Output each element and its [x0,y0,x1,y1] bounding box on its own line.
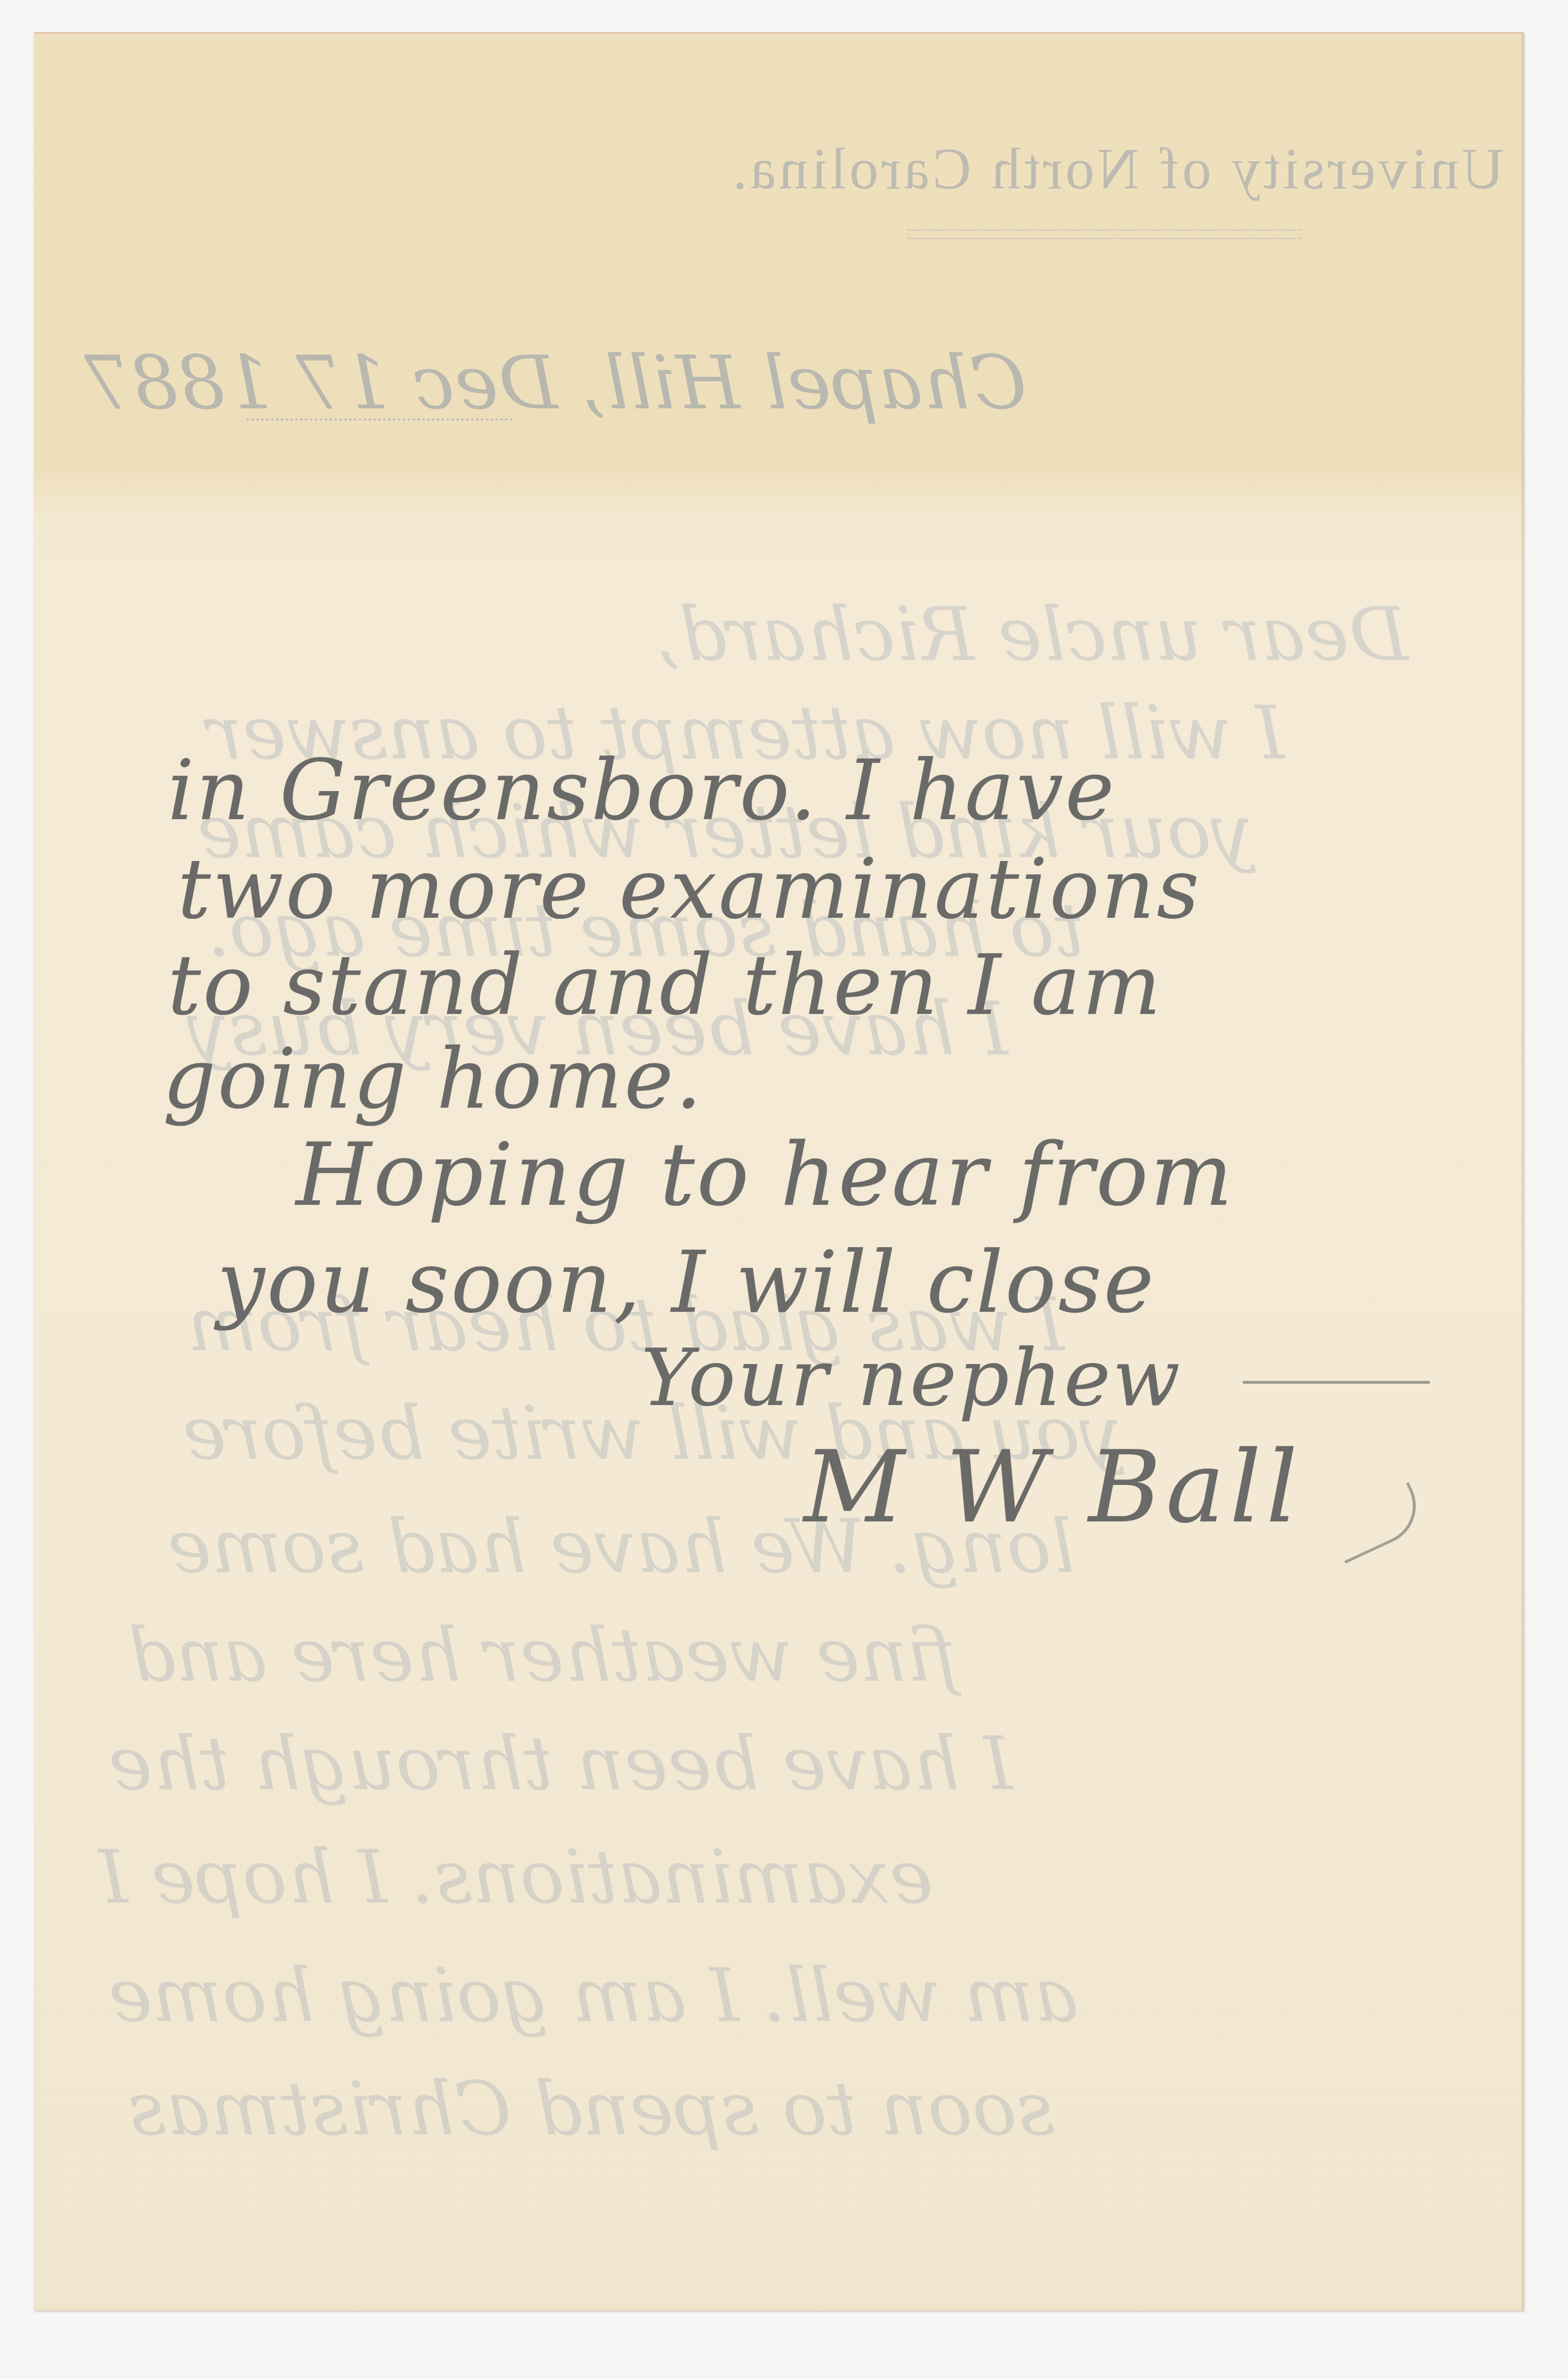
bleed-line: I have been through the [108,1721,1012,1807]
bleed-line: am well. I am going home [108,1953,1078,2039]
closing: Your nephew [641,1332,1182,1424]
letter-line: two more examinations [178,841,1201,937]
salutation-mirrored: Dear uncle Richard, [656,592,1408,678]
letter-line: going home. [163,1031,704,1127]
signature: M W Ball [804,1430,1303,1545]
letter-line: to stand and then I am [168,937,1163,1034]
dateline-mirrored: Chapel Hill, Dec 17 1887 [84,340,1027,426]
letter-line: Hoping to hear from [296,1124,1235,1226]
closing-dash [1243,1381,1430,1384]
bleed-line: examinations. I hope I [99,1835,933,1920]
letterhead-mirrored: University of North Carolina. [730,136,1504,203]
bleed-line: fine weather here and [128,1613,957,1698]
dateline-year-suffix: 7 [84,340,131,426]
bleed-line: soon to spend Christmas [128,2066,1055,2152]
letter-line: you soon, I will close [217,1233,1156,1332]
letter-line: in Greensboro. I have [168,742,1116,839]
dateline-dotted-rule [247,418,513,421]
dateline-text: Chapel Hill, Dec 17 188 [131,340,1027,426]
letterhead-ornamental-rule [907,229,1302,239]
